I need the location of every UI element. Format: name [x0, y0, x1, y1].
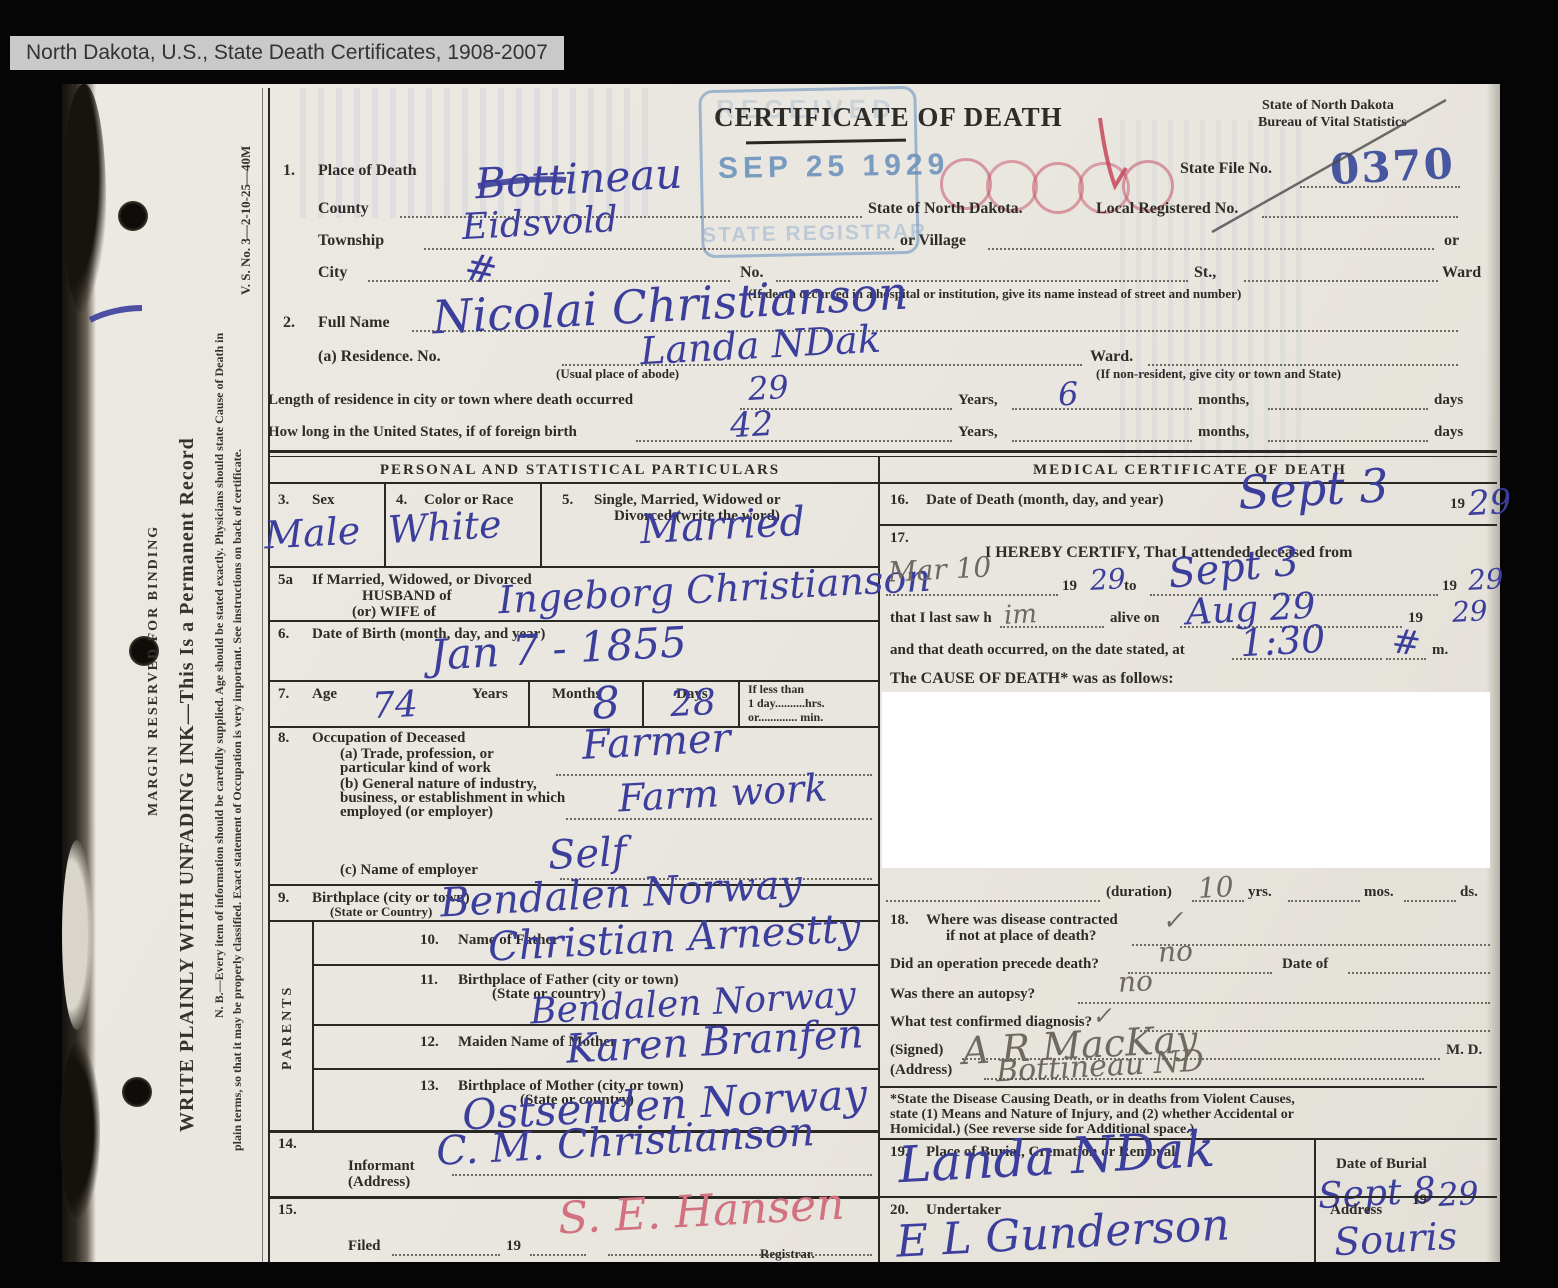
- county-value: Bottineau: [474, 153, 683, 206]
- or-label: or: [1444, 232, 1459, 250]
- st-label: St.,: [1194, 264, 1216, 282]
- husband-label: HUSBAND of: [362, 588, 452, 605]
- dod-year-value: 29: [1467, 485, 1512, 521]
- bp-label2: (State or Country): [330, 904, 432, 920]
- personal-header: PERSONAL AND STATISTICAL PARTICULARS: [300, 462, 860, 479]
- duration-mos-dots: [1288, 900, 1360, 902]
- place-num: 1.: [283, 162, 295, 180]
- pen-slash: [1212, 100, 1446, 232]
- signed-rule: [878, 1086, 1497, 1088]
- form-left-border-inner: [268, 88, 270, 1262]
- sex-label: Sex: [312, 492, 335, 509]
- registrar-signature-dots: [608, 1254, 872, 1256]
- q18-num: 18.: [890, 912, 909, 929]
- parents-cell-divider: [312, 920, 314, 1132]
- length-months-value: 6: [1057, 377, 1079, 410]
- occurred-label: and that death occurred, on the date sta…: [890, 642, 1185, 659]
- age-less1: If less than: [748, 682, 804, 697]
- dod-num: 16.: [890, 492, 909, 509]
- father-rule: [312, 964, 878, 966]
- fullname-num: 2.: [283, 314, 295, 332]
- race-cell-divider: [540, 482, 542, 566]
- operation-date-dots: [1348, 972, 1490, 974]
- red-checkmark: [1100, 118, 1126, 186]
- section-rule-top2: [268, 456, 1497, 457]
- death-certificate-viewer: North Dakota, U.S., State Death Certific…: [0, 0, 1558, 1288]
- duration-mos-label: mos.: [1364, 884, 1394, 901]
- occ-b-dots: [566, 818, 872, 820]
- filed-dots: [392, 1254, 500, 1256]
- occurred-m-dots: [1386, 658, 1426, 660]
- age-divider3: [738, 680, 740, 726]
- occ-a-value: Farmer: [581, 718, 732, 766]
- or-village-label: or Village: [900, 232, 966, 250]
- operation-date-label: Date of: [1282, 956, 1328, 973]
- occurred-m-label: m.: [1432, 642, 1448, 659]
- age-rule: [268, 726, 878, 728]
- lastsaw-year: 29: [1451, 597, 1488, 627]
- abode-note: (Usual place of abode): [556, 366, 679, 382]
- medical-header-rule: [878, 482, 1497, 484]
- lastsaw-label1: that I last saw h: [890, 610, 992, 627]
- age-num: 7.: [278, 686, 289, 703]
- occ-num: 8.: [278, 730, 289, 747]
- length-years-value: 29: [747, 371, 789, 405]
- lastsaw-label2: alive on: [1110, 610, 1160, 627]
- duration-lead-dots: [886, 900, 1100, 902]
- length-months-dots: [1012, 408, 1192, 410]
- spouse-num: 5a: [278, 572, 293, 589]
- duration-ds-dots: [1404, 900, 1456, 902]
- residence-ward-label: Ward.: [1090, 348, 1133, 366]
- occurred-time-value: 1:30: [1239, 620, 1326, 662]
- informant-address-label: (Address): [348, 1174, 410, 1191]
- parents-label: PARENTS: [280, 940, 296, 1115]
- dod-value: Sept 3: [1237, 462, 1390, 516]
- occ-label: Occupation of Deceased: [312, 730, 465, 747]
- occ-b-value: Farm work: [617, 769, 828, 818]
- village-dots: [988, 248, 1434, 250]
- howlong-days-dots: [1268, 440, 1428, 442]
- st-dots: [1244, 280, 1438, 282]
- howlong-years-value: 42: [729, 407, 774, 443]
- informant-num: 14.: [278, 1136, 297, 1153]
- occ-b3: employed (or employer): [340, 804, 493, 821]
- attended-from-dots: [886, 594, 1058, 596]
- township-value: Eidsvold: [461, 202, 619, 246]
- length-residence-label: Length of residence in city or town wher…: [268, 392, 633, 409]
- age-years-head: Years: [472, 686, 508, 703]
- address-dots: [984, 1078, 1424, 1080]
- sex-cell-divider: [384, 482, 386, 566]
- q18-line2: if not at place of death?: [946, 928, 1096, 945]
- length-months-label: months,: [1198, 392, 1249, 409]
- cause-footnote2: state (1) Means and Nature of Injury, an…: [890, 1107, 1294, 1123]
- signed-label: (Signed): [890, 1042, 943, 1059]
- sex-num: 3.: [278, 492, 289, 509]
- cause-of-death-label: The CAUSE OF DEATH* was as follows:: [890, 670, 1174, 688]
- age-months-value: 8: [591, 681, 621, 726]
- howlong-months-dots: [1012, 440, 1192, 442]
- lastsaw-h-value: im: [1003, 601, 1037, 629]
- informant-dots: [452, 1174, 872, 1176]
- marital-value: Married: [639, 502, 806, 551]
- lastsaw-h-dots: [1000, 626, 1104, 628]
- occ-a2: particular kind of work: [340, 760, 491, 777]
- burial-year: 29: [1437, 1177, 1479, 1211]
- ward-label: Ward: [1442, 264, 1481, 282]
- burial-19: 19: [1412, 1192, 1427, 1209]
- occurred-ampm-value: #: [1390, 624, 1423, 662]
- nonresident-note: (If non-resident, give city or town and …: [1096, 366, 1341, 382]
- age-divider1: [528, 680, 530, 726]
- attended-from-year: 29: [1089, 565, 1126, 595]
- length-days-label: days: [1434, 392, 1463, 409]
- township-label: Township: [318, 232, 384, 250]
- address-label: (Address): [890, 1062, 952, 1079]
- attended-from-19: 19: [1062, 578, 1077, 595]
- undertaker-address-label: Address: [1330, 1202, 1382, 1219]
- spouse-rule: [268, 620, 878, 622]
- duration-ds-label: ds.: [1460, 884, 1478, 901]
- howlong-dots: [636, 440, 952, 442]
- dod-label: Date of Death (month, day, and year): [926, 492, 1164, 509]
- occ-c-label: (c) Name of employer: [340, 862, 478, 879]
- cause-footnote1: *State the Disease Causing Death, or in …: [890, 1092, 1295, 1108]
- howlong-label: How long in the United States, if of for…: [268, 424, 577, 441]
- filed-num: 15.: [278, 1202, 297, 1219]
- place-label: Place of Death: [318, 162, 417, 180]
- father-bp-num: 11.: [420, 972, 438, 989]
- residence-label: (a) Residence. No.: [318, 348, 441, 366]
- father-num: 10.: [420, 932, 439, 949]
- age-less3: or............. min.: [748, 710, 823, 725]
- burial-rule: [878, 1196, 1497, 1198]
- cause-of-death-redaction: [882, 692, 1490, 868]
- filed-label: Filed: [348, 1238, 381, 1255]
- race-value: White: [387, 505, 502, 549]
- section-rule-top: [268, 450, 1497, 453]
- md-label: M. D.: [1446, 1042, 1482, 1059]
- fullname-label: Full Name: [318, 314, 390, 332]
- sex-value: Male: [263, 512, 361, 555]
- wife-label: (or) WIFE of: [352, 604, 436, 621]
- howlong-days-label: days: [1434, 424, 1463, 441]
- autopsy-value: no: [1117, 967, 1153, 997]
- age-years-value: 74: [371, 687, 419, 725]
- local-registered-no-label: Local Registered No.: [1096, 200, 1238, 218]
- duration-yrs-label: yrs.: [1248, 884, 1272, 901]
- marital-num: 5.: [562, 492, 573, 509]
- state-of-nd-label: State of North Dakota.: [868, 200, 1023, 218]
- mother-bp-num: 13.: [420, 1078, 439, 1095]
- attended-from-value: Mar 10: [887, 553, 992, 586]
- county-label: County: [318, 200, 369, 218]
- duration-value: 10: [1197, 873, 1234, 903]
- city-label: City: [318, 264, 347, 282]
- operation-value: no: [1157, 937, 1193, 967]
- occ-c-value: Self: [547, 832, 628, 876]
- dod-rule: [878, 524, 1497, 526]
- q18-line1: Where was disease contracted: [926, 912, 1118, 929]
- informant-label: Informant: [348, 1158, 415, 1175]
- length-days-dots: [1268, 408, 1428, 410]
- howlong-years-label: Years,: [958, 424, 998, 441]
- certify-num: 17.: [890, 530, 909, 547]
- attended-to-year: 29: [1467, 565, 1504, 595]
- mother-num: 12.: [420, 1034, 439, 1051]
- filed-year-dots: [530, 1254, 586, 1256]
- howlong-months-label: months,: [1198, 424, 1249, 441]
- q18-checkmark: ✓: [1161, 907, 1184, 934]
- registrar-label: Registrar.: [760, 1246, 815, 1262]
- margin-ink-stroke: [90, 308, 142, 320]
- operation-label: Did an operation precede death?: [890, 956, 1099, 973]
- duration-label: (duration): [1106, 884, 1172, 901]
- autopsy-label: Was there an autopsy?: [890, 986, 1035, 1003]
- attended-to-label: to: [1124, 578, 1137, 595]
- length-years-label: Years,: [958, 392, 998, 409]
- dod-19: 19: [1450, 496, 1465, 513]
- age-label: Age: [312, 686, 337, 703]
- personal-header-rule: [268, 482, 878, 484]
- attended-to-19: 19: [1442, 578, 1457, 595]
- bp-num: 9.: [278, 890, 289, 907]
- dob-num: 6.: [278, 626, 289, 643]
- autopsy-dots: [1078, 1002, 1490, 1004]
- local-registered-no-dots: [1262, 216, 1458, 218]
- mother-rule: [312, 1068, 878, 1070]
- age-less2: 1 day..........hrs.: [748, 696, 825, 711]
- form-left-border: [262, 88, 263, 1262]
- burial-cell-divider: [1314, 1138, 1316, 1262]
- undertaker-address-value: Souris: [1333, 1217, 1458, 1261]
- filed-19: 19: [506, 1238, 521, 1255]
